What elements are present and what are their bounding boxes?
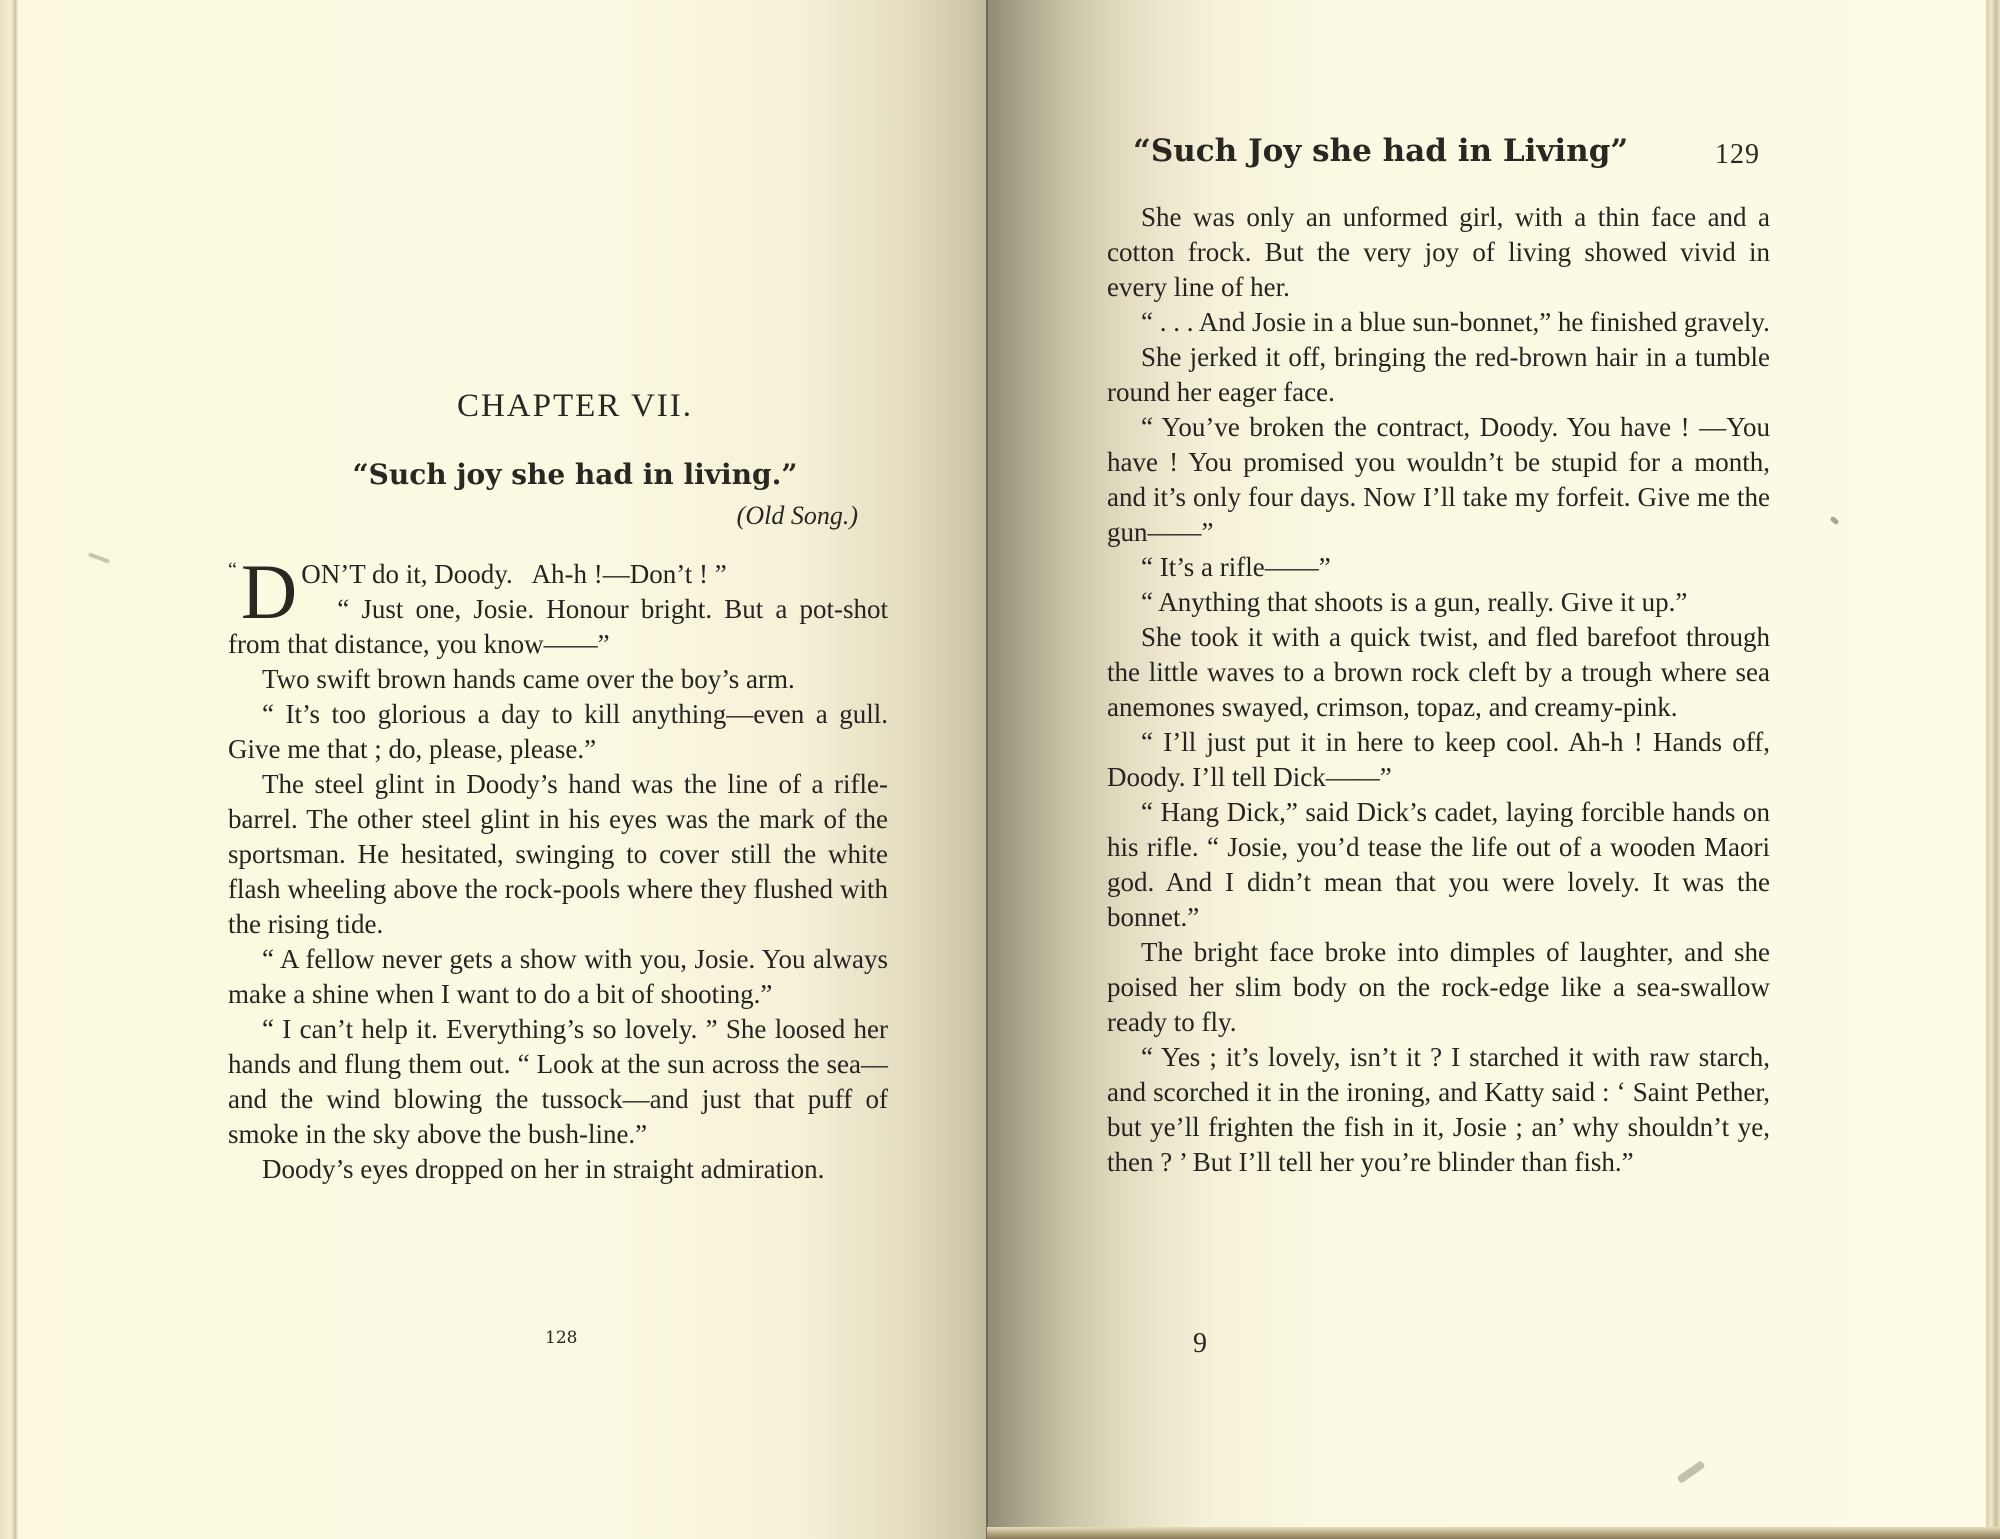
paragraph: “ I can’t help it. Everything’s so lovel… xyxy=(228,1012,888,1152)
drop-cap-letter: D xyxy=(241,559,297,625)
paragraph: She jerked it off, bringing the red-brow… xyxy=(1107,340,1770,410)
page-number-left: 128 xyxy=(545,1328,577,1348)
right-page-edge xyxy=(1986,0,2000,1539)
paragraph: The steel glint in Doody’s hand was the … xyxy=(228,767,888,942)
paragraph: “ It’s too glorious a day to kill anythi… xyxy=(228,697,888,767)
paragraph: “ . . . And Josie in a blue sun-bonnet,”… xyxy=(1107,305,1770,340)
first-line-text: ON’T do it, Doody. Ah-h !—Don’t ! ” xyxy=(228,557,888,592)
paragraph: She was only an unformed girl, with a th… xyxy=(1107,200,1770,305)
paragraph: “ You’ve broken the contract, Doody. You… xyxy=(1107,410,1770,550)
paragraph: “ Just one, Josie. Honour bright. But a … xyxy=(228,592,888,662)
paragraph: Doody’s eyes dropped on her in straight … xyxy=(228,1152,888,1187)
bottom-page-edge xyxy=(987,1527,2000,1539)
paragraph: “ Hang Dick,” said Dick’s cadet, laying … xyxy=(1107,795,1770,935)
running-head: “Such Joy she had in Living” xyxy=(1133,133,1628,169)
paragraph: “ Anything that shoots is a gun, really.… xyxy=(1107,585,1770,620)
epigraph-source: (Old Song.) xyxy=(600,501,858,531)
gutter xyxy=(986,0,988,1539)
paragraph: “ Yes ; it’s lovely, isn’t it ? I starch… xyxy=(1107,1040,1770,1180)
page-number-right: 129 xyxy=(1715,139,1760,171)
right-page-body: She was only an unformed girl, with a th… xyxy=(1107,200,1770,1180)
paragraph: She took it with a quick twist, and fled… xyxy=(1107,620,1770,725)
chapter-heading: CHAPTER VII. xyxy=(230,388,920,425)
left-page-edge xyxy=(0,0,18,1539)
book-spread: CHAPTER VII. “Such joy she had in living… xyxy=(0,0,2000,1539)
opening-quote-mark: “ xyxy=(228,557,237,583)
left-page-body: “ D ON’T do it, Doody. Ah-h !—Don’t ! ” … xyxy=(228,557,888,1187)
paragraph: “ It’s a rifle——” xyxy=(1107,550,1770,585)
signature-mark: 9 xyxy=(1193,1328,1207,1360)
paragraph: “ I’ll just put it in here to keep cool.… xyxy=(1107,725,1770,795)
paragraph: The bright face broke into dimples of la… xyxy=(1107,935,1770,1040)
chapter-title: “Such joy she had in living.” xyxy=(230,458,920,491)
paragraph: Two swift brown hands came over the boy’… xyxy=(228,662,888,697)
opening-paragraph: “ D ON’T do it, Doody. Ah-h !—Don’t ! ” … xyxy=(228,557,888,662)
paragraph: “ A fellow never gets a show with you, J… xyxy=(228,942,888,1012)
